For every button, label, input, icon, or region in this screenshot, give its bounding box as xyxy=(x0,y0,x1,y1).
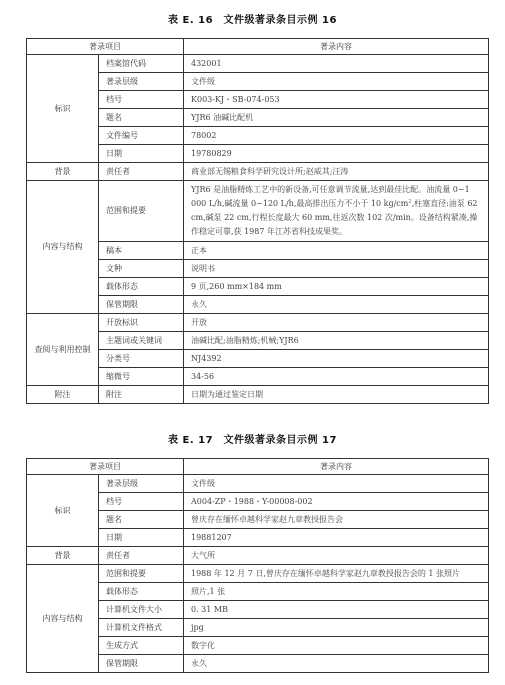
row-label: 稿本 xyxy=(99,242,184,260)
row-label: 文种 xyxy=(99,260,184,278)
row-label: 著录层级 xyxy=(99,475,184,493)
row-label: 计算机文件大小 xyxy=(99,601,184,619)
row-value: 开放 xyxy=(184,314,489,332)
row-value: 文件级 xyxy=(184,73,489,91)
table-row: 附注 附注 日期为通过鉴定日期 xyxy=(27,386,489,404)
row-value: 说明书 xyxy=(184,260,489,278)
row-value: jpg xyxy=(184,619,489,637)
table-row: 内容与结构 范围和提要 1988 年 12 月 7 日,曾庆存在缅怀卓越科学家赵… xyxy=(27,565,489,583)
header-content: 著录内容 xyxy=(184,459,489,475)
row-value: NJ4392 xyxy=(184,350,489,368)
header-item: 著录项目 xyxy=(27,459,184,475)
row-label: 档案馆代码 xyxy=(99,55,184,73)
group-notes: 附注 xyxy=(27,386,99,404)
row-label: 档号 xyxy=(99,493,184,511)
group-identification: 标识 xyxy=(27,55,99,163)
row-value: 9 页,260 mm×184 mm xyxy=(184,278,489,296)
group-content-structure: 内容与结构 xyxy=(27,565,99,673)
row-label: 生成方式 xyxy=(99,637,184,655)
row-label: 题名 xyxy=(99,511,184,529)
table-16-caption: 表 E. 16 文件级著录条目示例 16 xyxy=(0,11,505,26)
row-label: 档号 xyxy=(99,91,184,109)
row-value: 永久 xyxy=(184,296,489,314)
row-value: 19780829 xyxy=(184,145,489,163)
row-label: 附注 xyxy=(99,386,184,404)
group-content-structure: 内容与结构 xyxy=(27,181,99,314)
row-label: 载体形态 xyxy=(99,583,184,601)
group-identification: 标识 xyxy=(27,475,99,547)
table-16: 著录项目 著录内容 标识 档案馆代码 432001 著录层级 文件级 档号 K0… xyxy=(26,38,489,404)
row-value: YJR6 油碱比配机 xyxy=(184,109,489,127)
header-content: 著录内容 xyxy=(184,39,489,55)
header-item: 著录项目 xyxy=(27,39,184,55)
row-label: 主题词或关键词 xyxy=(99,332,184,350)
table-17-caption: 表 E. 17 文件级著录条目示例 17 xyxy=(0,431,505,446)
table-row: 查阅与利用控制 开放标识 开放 xyxy=(27,314,489,332)
row-value: 商业部无锡粮食科学研究设计所;赵威其;汪涛 xyxy=(184,163,489,181)
row-value: 0. 31 MB xyxy=(184,601,489,619)
row-value: 永久 xyxy=(184,655,489,673)
table-row: 内容与结构 范围和提要 YJR6 是油脂精炼工艺中的新设备,可任意调节流量,达到… xyxy=(27,181,489,242)
row-label: 日期 xyxy=(99,145,184,163)
row-value: 正本 xyxy=(184,242,489,260)
row-value: 文件级 xyxy=(184,475,489,493)
row-value: 大气所 xyxy=(184,547,489,565)
group-background: 背景 xyxy=(27,547,99,565)
row-value: 照片,1 张 xyxy=(184,583,489,601)
table-row: 标识 著录层级 文件级 xyxy=(27,475,489,493)
table-17: 著录项目 著录内容 标识 著录层级 文件级 档号 A004-ZP・1988・Y-… xyxy=(26,458,489,673)
row-label: 范围和提要 xyxy=(99,565,184,583)
row-value: 日期为通过鉴定日期 xyxy=(184,386,489,404)
row-value: 432001 xyxy=(184,55,489,73)
row-value: 78002 xyxy=(184,127,489,145)
row-value: 1988 年 12 月 7 日,曾庆存在缅怀卓越科学家赵九章教授报告会的 1 张… xyxy=(184,565,489,583)
table-header-row: 著录项目 著录内容 xyxy=(27,39,489,55)
table-row: 背景 责任者 商业部无锡粮食科学研究设计所;赵威其;汪涛 xyxy=(27,163,489,181)
row-label: 保管期限 xyxy=(99,655,184,673)
row-label: 载体形态 xyxy=(99,278,184,296)
row-value-abstract: YJR6 是油脂精炼工艺中的新设备,可任意调节流量,达到最佳比配。油流量 0~1… xyxy=(184,181,489,242)
table-row: 标识 档案馆代码 432001 xyxy=(27,55,489,73)
row-value: A004-ZP・1988・Y-00008-002 xyxy=(184,493,489,511)
row-label: 责任者 xyxy=(99,163,184,181)
table-header-row: 著录项目 著录内容 xyxy=(27,459,489,475)
row-label: 开放标识 xyxy=(99,314,184,332)
group-access-control: 查阅与利用控制 xyxy=(27,314,99,386)
row-value: 34-56 xyxy=(184,368,489,386)
row-label: 缩微号 xyxy=(99,368,184,386)
row-value: 曾庆存在缅怀卓越科学家赵九章教授报告会 xyxy=(184,511,489,529)
group-background: 背景 xyxy=(27,163,99,181)
row-value: K003-KJ・SB-074-053 xyxy=(184,91,489,109)
table-row: 背景 责任者 大气所 xyxy=(27,547,489,565)
row-label: 范围和提要 xyxy=(99,181,184,242)
row-label: 保管期限 xyxy=(99,296,184,314)
row-value: 数字化 xyxy=(184,637,489,655)
row-value: 19881207 xyxy=(184,529,489,547)
row-label: 日期 xyxy=(99,529,184,547)
row-label: 责任者 xyxy=(99,547,184,565)
row-label: 题名 xyxy=(99,109,184,127)
row-value: 油碱比配;油脂精炼;机械;YJR6 xyxy=(184,332,489,350)
row-label: 计算机文件格式 xyxy=(99,619,184,637)
row-label: 分类号 xyxy=(99,350,184,368)
row-label: 著录层级 xyxy=(99,73,184,91)
row-label: 文件编号 xyxy=(99,127,184,145)
